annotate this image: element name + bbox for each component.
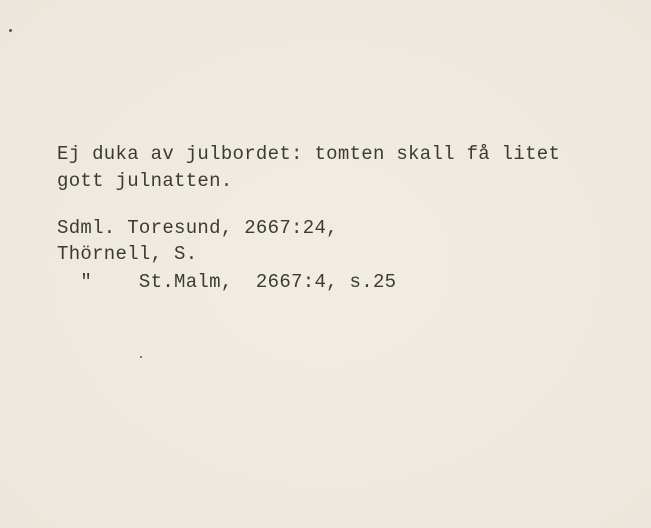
source-line-1: Sdml. Toresund, 2667:24, bbox=[57, 219, 338, 238]
source-line-3: " St.Malm, 2667:4, s.25 bbox=[57, 273, 396, 292]
speck bbox=[9, 29, 12, 32]
text-line-2: gott julnatten. bbox=[57, 172, 233, 191]
text-line-1: Ej duka av julbordet: tomten skall få li… bbox=[57, 145, 560, 164]
archive-card: Ej duka av julbordet: tomten skall få li… bbox=[0, 0, 651, 528]
source-line-2: Thörnell, S. bbox=[57, 245, 197, 264]
speck bbox=[140, 356, 142, 358]
